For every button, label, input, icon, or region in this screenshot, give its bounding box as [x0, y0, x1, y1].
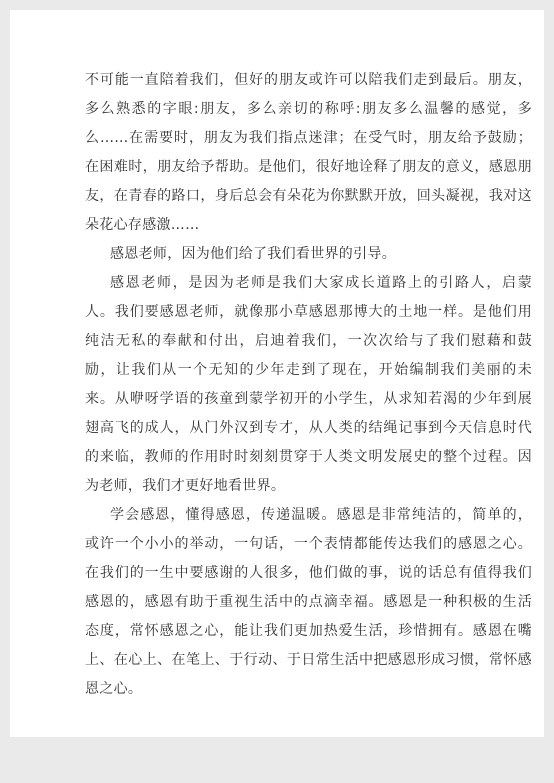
paragraph: 感恩老师，因为他们给了我们看世界的引导。: [85, 240, 532, 269]
text-line: 态度，常怀感恩之心，能让我们更加热爱生活，珍惜拥有。感恩在嘴: [85, 617, 532, 646]
paragraph: 感恩老师，是因为老师是我们大家成长道路上的引路人，启蒙人。我们要感恩老师，就像那…: [85, 269, 532, 501]
text-line: 感恩的，感恩有助于重视生活中的点滴幸福。感恩是一种积极的生活: [85, 588, 532, 617]
text-line: 或许一个小小的举动，一句话，一个表情都能传达我们的感恩之心。: [85, 530, 532, 559]
text-line: 励，让我们从一个无知的少年走到了现在，开始编制我们美丽的未: [85, 356, 532, 385]
text-line: 的来临，教师的作用时时刻刻贯穿于人类文明发展史的整个过程。因: [85, 443, 532, 472]
text-line: 多么熟悉的字眼:朋友，多么亲切的称呼:朋友多么温馨的感觉，多: [85, 95, 532, 124]
text-line: 恩之心。: [85, 675, 532, 704]
essay-text: 不可能一直陪着我们，但好的朋友或许可以陪我们走到最后。朋友，多么熟悉的字眼:朋友…: [85, 66, 532, 704]
text-line: 人。我们要感恩老师，就像那小草感恩那博大的土地一样。是他们用: [85, 298, 532, 327]
text-line: 不可能一直陪着我们，但好的朋友或许可以陪我们走到最后。朋友，: [85, 66, 532, 95]
paragraph: 不可能一直陪着我们，但好的朋友或许可以陪我们走到最后。朋友，多么熟悉的字眼:朋友…: [85, 66, 532, 240]
text-line: 来。从咿呀学语的孩童到蒙学初开的小学生，从求知若渴的少年到展: [85, 385, 532, 414]
page-background: { "document": { "frame_background": "#ea…: [0, 0, 554, 783]
text-line: 在我们的一生中要感谢的人很多，他们做的事，说的话总有值得我们: [85, 559, 532, 588]
text-line: 翅高飞的成人，从门外汉到专才，从人类的结绳记事到今天信息时代: [85, 414, 532, 443]
text-line: 感恩老师，因为他们给了我们看世界的引导。: [85, 240, 532, 269]
text-line: 为老师，我们才更好地看世界。: [85, 472, 532, 501]
text-line: 友，在青春的路口，身后总会有朵花为你默默开放，回头凝视，我对这: [85, 182, 532, 211]
text-line: 上、在心上、在笔上、于行动、于日常生活中把感恩形成习惯，常怀感: [85, 646, 532, 675]
text-line: 感恩老师，是因为老师是我们大家成长道路上的引路人，启蒙: [85, 269, 532, 298]
text-line: 么……在需要时，朋友为我们指点迷津；在受气时，朋友给予鼓励；: [85, 124, 532, 153]
document-page: 不可能一直陪着我们，但好的朋友或许可以陪我们走到最后。朋友，多么熟悉的字眼:朋友…: [10, 10, 544, 737]
text-line: 学会感恩，懂得感恩，传递温暖。感恩是非常纯洁的，简单的，: [85, 501, 532, 530]
text-line: 在困难时，朋友给予帮助。是他们，很好地诠释了朋友的意义，感恩朋: [85, 153, 532, 182]
paragraph: 学会感恩，懂得感恩，传递温暖。感恩是非常纯洁的，简单的，或许一个小小的举动，一句…: [85, 501, 532, 704]
text-line: 纯洁无私的奉献和付出，启迪着我们，一次次给与了我们慰藉和鼓: [85, 327, 532, 356]
text-line: 朵花心存感激……: [85, 211, 532, 240]
